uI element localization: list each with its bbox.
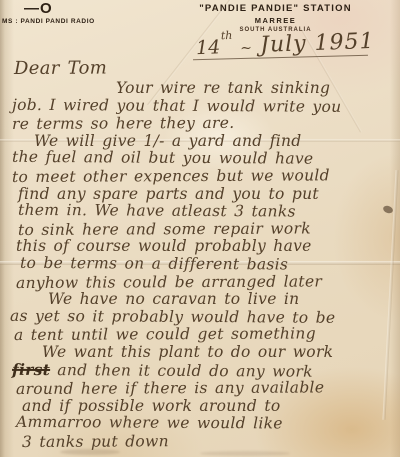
date-month-year: July 1951 [260,29,375,58]
letterhead-left: —O MS : PANDI PANDI RADIO [2,2,95,25]
letter-line: re terms so here they are. [12,114,398,134]
smudge-mark [200,451,290,456]
letter-line: Dear Tom [14,57,398,79]
letter-line: 3 tanks put down [22,432,398,452]
date-separator: ~ [240,40,252,56]
struck-word: first [12,359,50,378]
letter-line: to meet other expences but we would [12,167,398,187]
station-name: "PANDIE PANDIE" STATION [188,3,363,14]
letter-line: We have no caravan to live in [48,291,398,309]
letterhead-logo: —O [24,2,95,16]
telegram-address: MS : PANDI PANDI RADIO [2,18,95,25]
date-day: 14 [196,36,221,59]
letter-scan: —O MS : PANDI PANDI RADIO "PANDIE PANDIE… [0,0,400,457]
station-town: MARREE [188,16,363,25]
letter-line: around here if there is any available [16,379,398,399]
letter-line: anyhow this could be arranged later [16,273,398,293]
date-ordinal: th [221,29,233,42]
letter-line: to sink here and some repair work [18,220,398,240]
letter-line: to be terms on a different basis [20,255,398,275]
letter-line: a tent until we could get something [14,325,398,345]
letter-line: We want this plant to do our work [42,344,398,362]
letter-line: Ammarroo where we would like [16,414,398,434]
letter-body: Dear TomYour wire re tank sinkingjob. I … [8,58,398,450]
letter-line: them in. We have atleast 3 tanks [18,202,398,222]
letterhead-right: "PANDIE PANDIE" STATION MARREE SOUTH AUS… [188,3,363,33]
letter-line: Your wire re tank sinking [116,80,398,98]
